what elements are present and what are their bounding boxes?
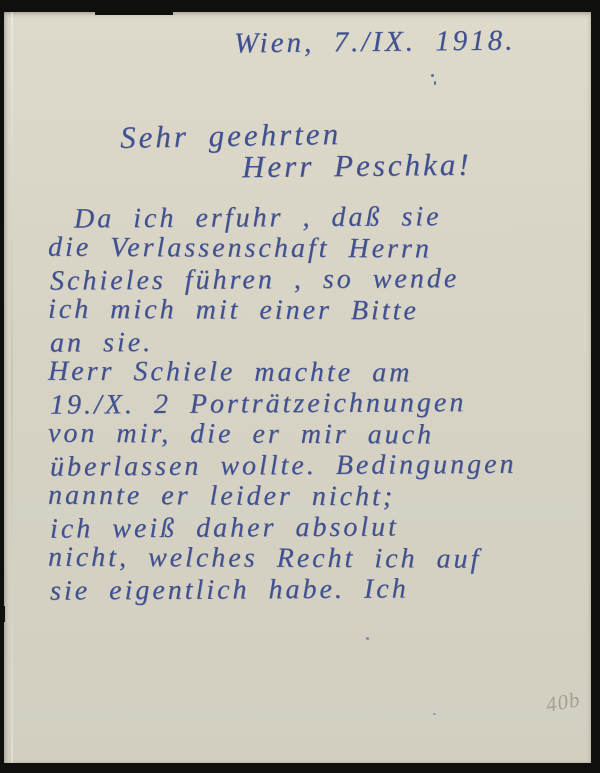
scanned-letter-page: Wien, 7./IX. 1918. Sehr geehrten Herr Pe…: [0, 0, 600, 773]
paper-crease: [11, 12, 13, 763]
letter-body-line: an sie.: [50, 324, 595, 358]
letter-body-line: ich weiß daher absolut: [50, 510, 595, 544]
ink-speck: [433, 713, 436, 715]
letter-body-line: Da ich erfuhr , daß sie: [50, 200, 595, 234]
letter-body-line: nicht, welches Recht ich auf: [48, 542, 593, 575]
ink-speck: [434, 81, 436, 85]
letter-body-line: Schieles führen , so wende: [50, 262, 595, 296]
scan-edge-irregularity-left: [0, 606, 5, 622]
letter-body: Da ich erfuhr , daß sie die Verlassensch…: [50, 202, 595, 605]
scan-edge-irregularity-top: [95, 12, 173, 15]
letter-body-line: ich mich mit einer Bitte: [48, 294, 593, 327]
letter-body-line: 19./X. 2 Porträtzeichnungen: [50, 386, 595, 420]
letter-body-line: nannte er leider nicht;: [48, 480, 593, 513]
letter-body-line: sie eigentlich habe. Ich: [50, 572, 595, 606]
letter-date-line: Wien, 7./IX. 1918.: [234, 25, 516, 61]
letter-body-line: überlassen wollte. Bedingungen: [50, 448, 595, 482]
letter-body-line: von mir, die er mir auch: [48, 418, 593, 451]
letter-salutation-line-2: Herr Peschka!: [242, 147, 472, 185]
letter-body-line: Herr Schiele machte am: [48, 356, 593, 389]
letter-body-line: die Verlassenschaft Herrn: [48, 232, 593, 265]
ink-speck: [366, 637, 369, 640]
ink-speck: [431, 74, 434, 77]
